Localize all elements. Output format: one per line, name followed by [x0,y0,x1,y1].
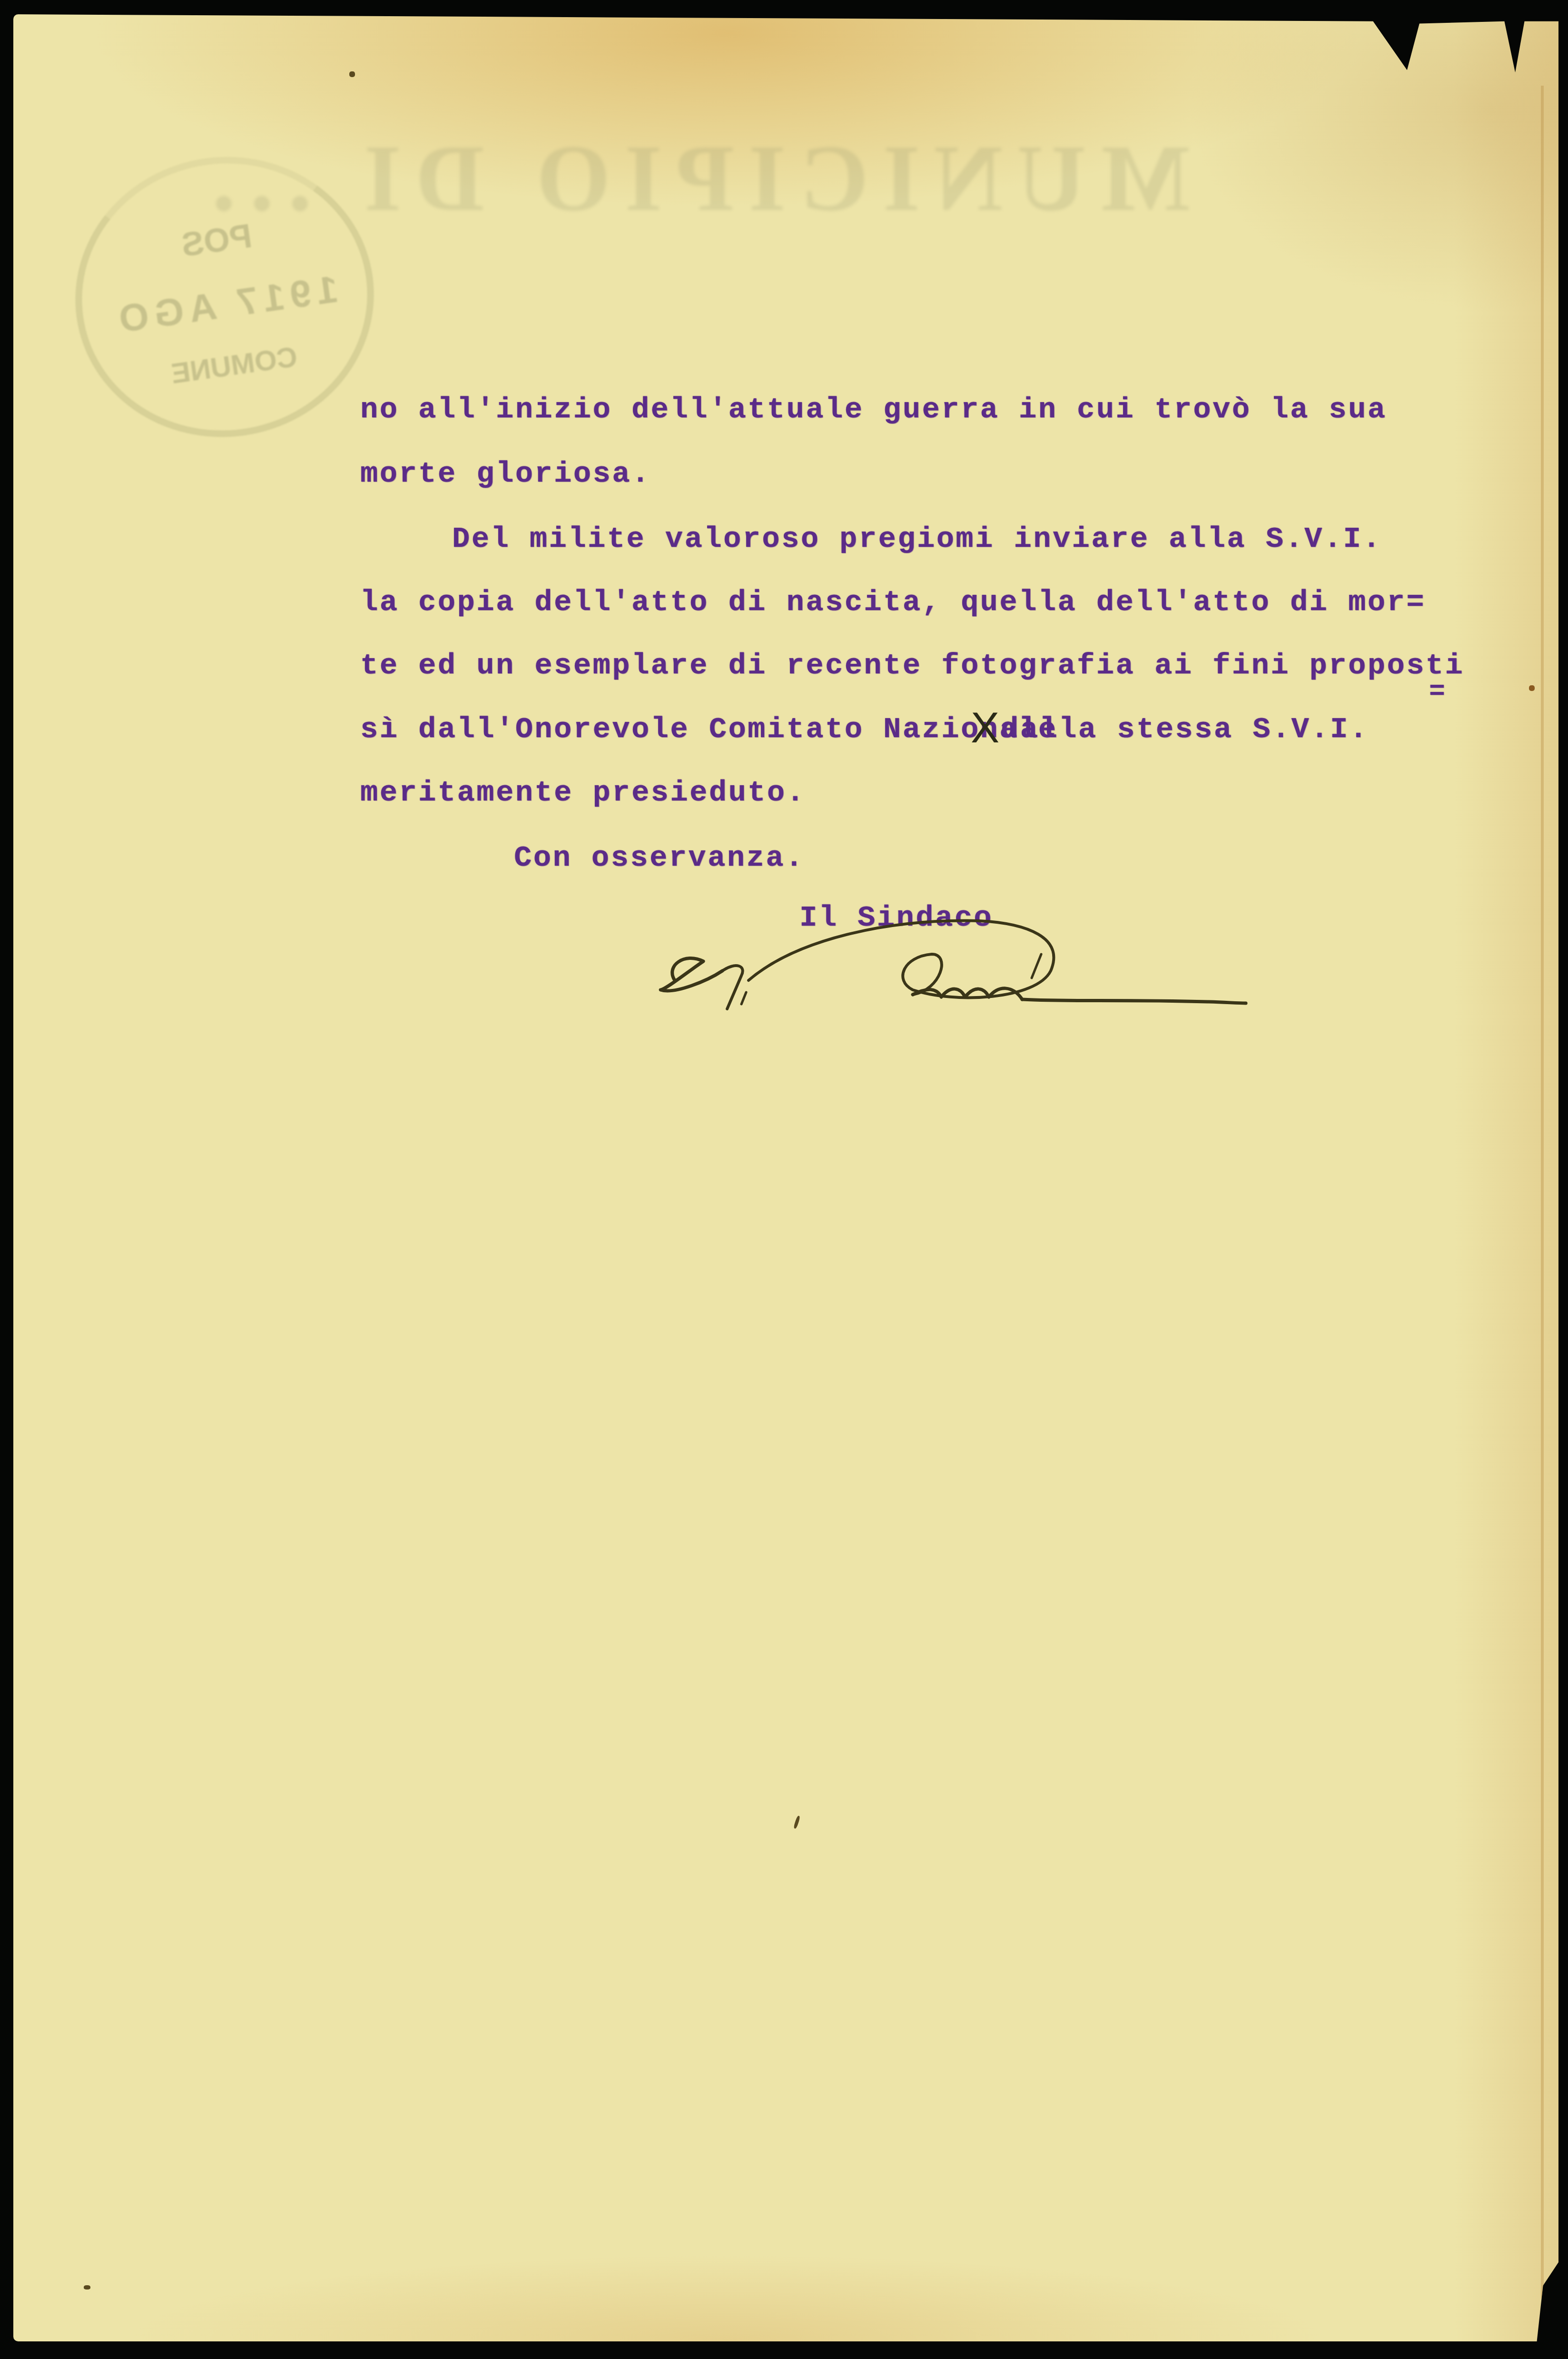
paper-fold-line [1541,86,1544,2299]
closing-salutation: Con osservanza. [514,843,805,873]
continuation-equals-mark: = [1429,678,1447,705]
body-line-3: Del milite valoroso pregiomi inviare all… [452,524,1382,554]
paper-speck [84,2285,90,2290]
body-line-6b: dalla stessa S.V.I. [1001,715,1369,744]
struck-out-letter: X [971,707,999,750]
body-line-4: la copia dell'atto di nascita, quella de… [360,588,1426,617]
handwritten-signature [646,909,1274,1028]
body-line-2: morte gloriosa. [360,459,651,489]
body-line-5: te ed un esemplare di recente fotografia… [360,651,1464,681]
letter-page: MUNICIPIO DI ... POS 1917 AGO COMUNE no … [13,14,1558,2341]
paper-speck [1529,685,1535,691]
paper-speck [349,71,355,77]
stamp-text-bottom: COMUNE [90,329,378,401]
body-line-6: sì dall'Onorevole Comitato Nazionale [360,715,1057,744]
stamp-text-top: POS [73,202,361,279]
body-line-7: meritamente presieduto. [360,778,806,808]
body-line-1: no all'inizio dell'attuale guerra in cui… [360,395,1387,424]
stamp-text-date: 1917 AGO [81,263,370,346]
paper-speck [793,1816,800,1829]
